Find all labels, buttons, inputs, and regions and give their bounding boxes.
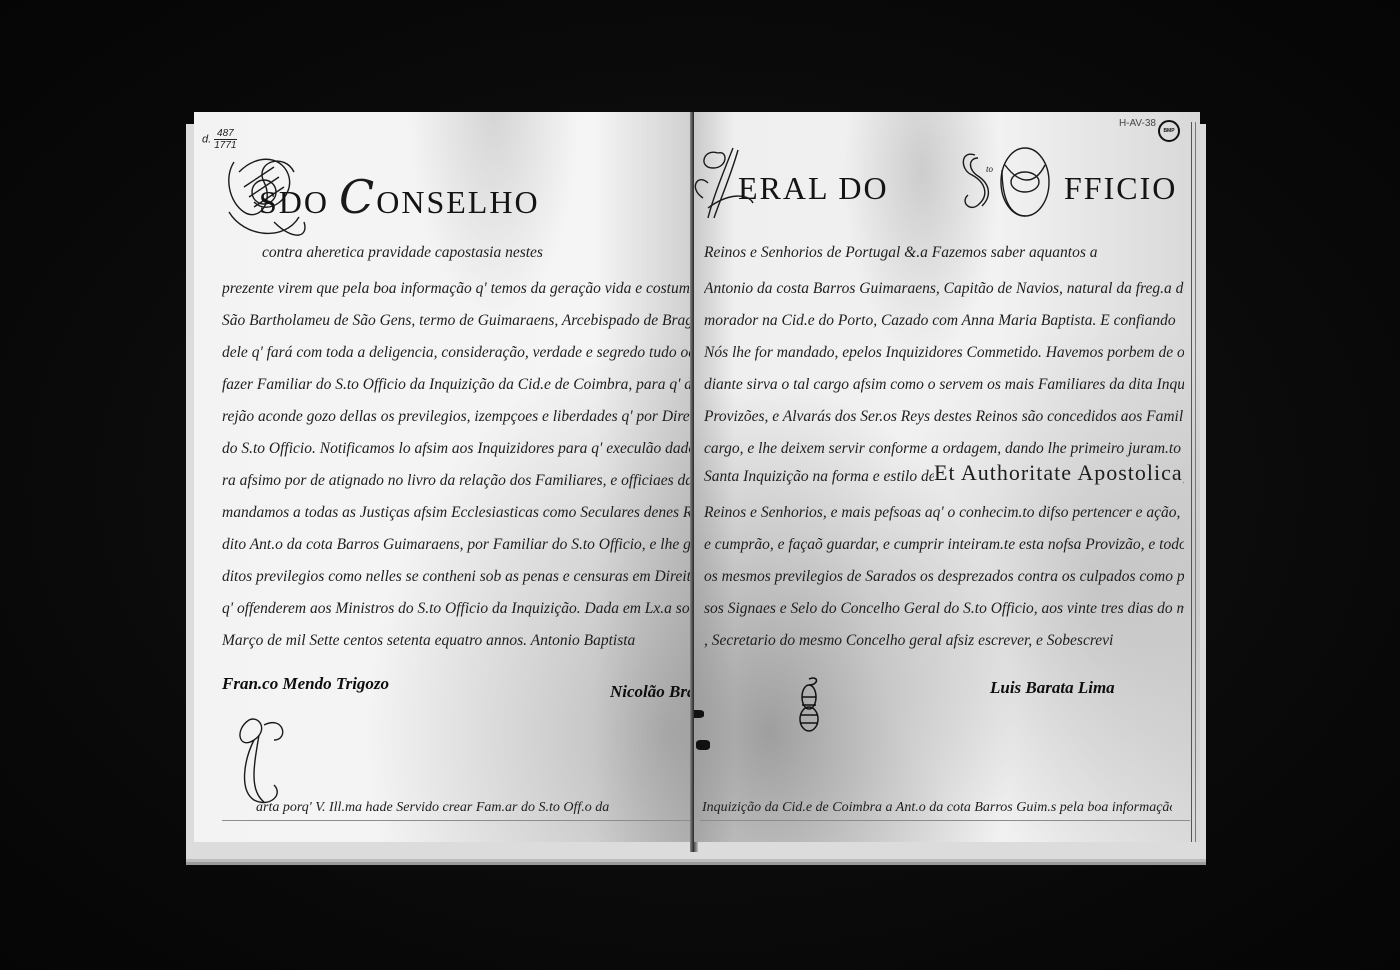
text-line: sos Signaes e Selo do Concelho Geral do …	[704, 600, 1184, 618]
ornamental-initial-s-icon: to	[950, 140, 1060, 230]
text-line: Provizões, e Alvarás dos Ser.os Reys des…	[704, 408, 1184, 426]
library-stamp-icon: BMP	[1158, 120, 1180, 142]
page-edge-rule	[1191, 122, 1196, 842]
signature-right: Luis Barata Lima	[990, 678, 1115, 698]
text-line: Março de mil Sette centos setenta equatr…	[222, 632, 690, 650]
right-page: H-AV-38 BMP ERAL DO	[694, 112, 1200, 842]
text-line: ra afsimo por de atignado no livro da re…	[222, 472, 690, 490]
ruled-line-left	[222, 820, 694, 821]
text-line: Antonio da costa Barros Guimaraens, Capi…	[704, 280, 1184, 298]
text-line: rejão aconde gozo dellas os previlegios,…	[222, 408, 690, 426]
ruled-line-right	[700, 820, 1190, 821]
bottom-text-right: Inquizição da Cid.e de Coimbra a Ant.o d…	[702, 800, 1172, 816]
heading-right: ERAL DO	[738, 170, 889, 207]
apostolic-phrase: Et Authoritate Apostolica,	[934, 460, 1184, 486]
text-line: , Secretario do mesmo Concelho geral afs…	[704, 632, 1184, 650]
text-line: cargo, e lhe deixem servir conforme a or…	[704, 440, 1184, 458]
archive-reference-right: H-AV-38	[1119, 118, 1156, 129]
signature-center: Nicolão Bragm. Peore	[610, 682, 694, 702]
heading-text-onselho: ONSELHO	[376, 184, 539, 220]
text-line: São Bartholameu de São Gens, termo de Gu…	[222, 312, 690, 330]
text-line: Nós lhe for mandado, epelos Inquizidores…	[704, 344, 1184, 362]
text-line: Santa Inquizição na forma e estilo della	[704, 468, 934, 486]
photo-scene: d. 487 1771 SDO CONSELHO	[0, 0, 1400, 970]
ink-blot	[696, 740, 710, 750]
text-line: ditos previlegios como nelles se conthen…	[222, 568, 690, 586]
notary-seal-flourish-icon	[794, 677, 824, 737]
left-page: d. 487 1771 SDO CONSELHO	[194, 112, 694, 842]
text-line: e cumprão, e façaõ guardar, e cumprir in…	[704, 536, 1184, 554]
text-line: dito Ant.o da cota Barros Guimaraens, po…	[222, 536, 690, 554]
text-line: diante sirva o tal cargo afsim como o se…	[704, 376, 1184, 394]
ornamental-initial-c-icon	[229, 710, 299, 810]
heading-initial-c: C	[339, 170, 376, 224]
reference-numerator: 487	[214, 128, 236, 140]
ink-blot	[694, 710, 704, 718]
heading-text-officio: FFICIO	[1064, 170, 1177, 207]
text-line: morador na Cid.e do Porto, Cazado com An…	[704, 312, 1184, 330]
reference-prefix: d.	[202, 133, 211, 145]
signature-left: Fran.co Mendo Trigozo	[222, 674, 389, 694]
text-line: contra aheretica pravidade capostasia ne…	[262, 244, 692, 262]
heading-text-sdo: SDO	[259, 184, 329, 220]
text-line: fazer Familiar do S.to Officio da Inquiz…	[222, 376, 690, 394]
text-line: do S.to Officio. Notificamos lo afsim ao…	[222, 440, 690, 458]
open-book: d. 487 1771 SDO CONSELHO	[186, 112, 1206, 857]
text-line: Reinos e Senhorios de Portugal &.a Fazem…	[704, 244, 1184, 262]
heading-text-eral-do: ERAL DO	[738, 170, 889, 206]
text-line: os mesmos previlegios de Sarados os desp…	[704, 568, 1184, 586]
text-line: dele q' fará com toda a deligencia, cons…	[222, 344, 690, 362]
text-line: q' offenderem aos Ministros do S.to Offi…	[222, 600, 690, 618]
text-line: mandamos a todas as Justiças afsim Eccle…	[222, 504, 690, 522]
superscript-to: to	[986, 164, 994, 174]
text-line: prezente virem que pela boa informação q…	[222, 280, 690, 298]
text-line: Reinos e Senhorios, e mais pefsoas aq' o…	[704, 504, 1184, 522]
heading-left: SDO CONSELHO	[259, 170, 540, 224]
bottom-text-left: arta porq' V. Ill.ma hade Servido crear …	[256, 800, 694, 816]
